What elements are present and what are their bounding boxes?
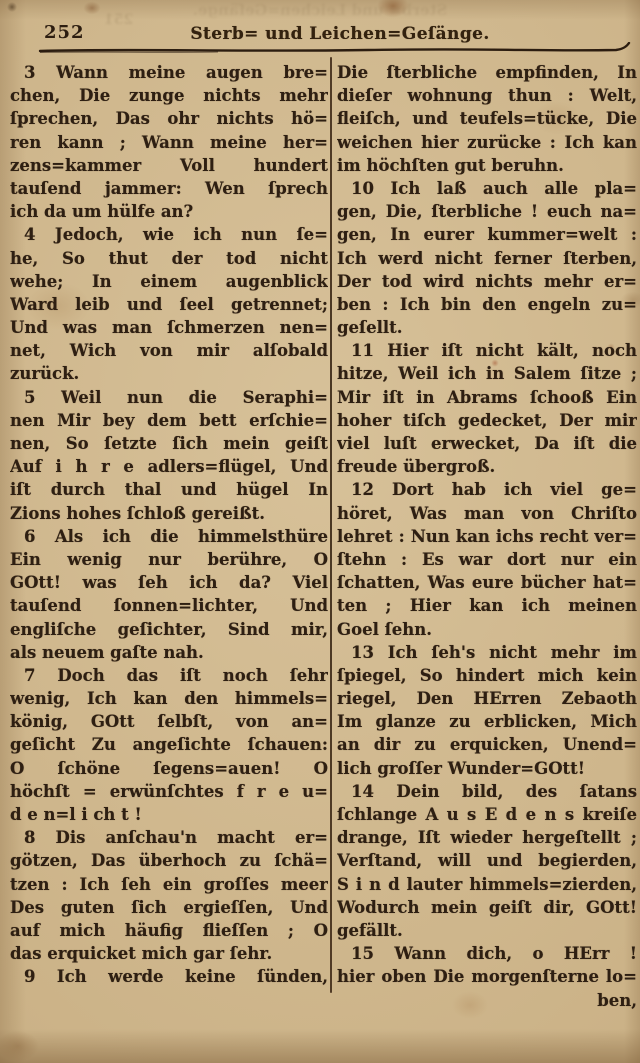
text-line: tzen : Ich ſeh ein groſſes meer — [10, 873, 328, 896]
text-line: Zions hohes ſchloß gereißt. — [10, 502, 328, 525]
text-line: geſellt. — [337, 316, 637, 339]
text-line: an dir zu erquicken, Unend= — [337, 733, 637, 756]
text-line: ſprechen, Das ohr nichts hö= — [10, 107, 328, 130]
column-divider-rule — [330, 57, 332, 993]
text-line: Mir iſt in Abrams ſchooß Ein — [337, 386, 637, 409]
text-line: 6 Als ich die himmelsthüre — [10, 525, 328, 548]
text-line: 4 Jedoch, wie ich nun ſe= — [10, 223, 328, 246]
text-line: he, So thut der tod nicht — [10, 247, 328, 270]
text-line: lich groſſer Wunder=GOtt! — [337, 757, 637, 780]
text-line: gefällt. — [337, 919, 637, 942]
text-line: ich da um hülfe an? — [10, 200, 328, 223]
text-line: 5 Weil nun die Seraphi= — [10, 386, 328, 409]
text-line: götzen, Das überhoch zu ſchä= — [10, 849, 328, 872]
text-line: hitze, Weil ich in Salem ſitze ; — [337, 362, 637, 385]
text-line: Verſtand, will und begierden, — [337, 849, 637, 872]
text-line: 11 Hier iſt nicht kält, noch — [337, 339, 637, 362]
text-line: Goel ſehn. — [337, 618, 637, 641]
text-line: 10 Ich laß auch alle pla= — [337, 177, 637, 200]
text-line: Und was man ſchmerzen nen= — [10, 316, 328, 339]
text-line: auf mich häufig flieſſen ; O — [10, 919, 328, 942]
text-line: ſchatten, Was eure bücher hat= — [337, 571, 637, 594]
text-line: 15 Wann dich, o HErr ! — [337, 942, 637, 965]
text-line: zurück. — [10, 362, 328, 385]
header-rule — [38, 42, 638, 58]
text-line: 7 Doch das iſt noch ſehr — [10, 664, 328, 687]
text-line: freude übergroß. — [337, 455, 637, 478]
text-line: weichen hier zurücke : Ich kan — [337, 131, 637, 154]
text-line: Des guten ſich ergieſſen, Und — [10, 896, 328, 919]
text-line: fleiſch, und teufels=tücke, Die — [337, 107, 637, 130]
left-text-column: 3 Wann meine augen bre=chen, Die zunge n… — [10, 61, 328, 989]
text-line: 9 Ich werde keine ſünden, — [10, 965, 328, 988]
text-line: das erquicket mich gar ſehr. — [10, 942, 328, 965]
text-line: d e n=l i ch t ! — [10, 803, 328, 826]
text-line: höret, Was man von Chriſto — [337, 502, 637, 525]
text-line: als neuem gaſte nah. — [10, 641, 328, 664]
text-line: viel luſt erwecket, Da iſt die — [337, 432, 637, 455]
text-line: zens=kammer Voll hundert — [10, 154, 328, 177]
text-line: ſpiegel, So hindert mich kein — [337, 664, 637, 687]
text-line: iſt durch thal und hügel In — [10, 478, 328, 501]
text-line: wenig, Ich kan den himmels= — [10, 687, 328, 710]
text-line: Wodurch mein geiſt dir, GOtt! — [337, 896, 637, 919]
text-line: 3 Wann meine augen bre= — [10, 61, 328, 84]
text-line: hoher tiſch gedecket, Der mir — [337, 409, 637, 432]
text-line: gen, In eurer kummer=welt : — [337, 223, 637, 246]
text-line: höchſt = erwünſchtes f r e u= — [10, 780, 328, 803]
text-line: O ſchöne ſegens=auen! O — [10, 757, 328, 780]
text-line: Ward leib und ſeel getrennet; — [10, 293, 328, 316]
text-line: ren kann ; Wann meine her= — [10, 131, 328, 154]
text-line: könig, GOtt ſelbſt, von an= — [10, 710, 328, 733]
text-line: 14 Dein bild, des ſatans — [337, 780, 637, 803]
text-line: ſtehn : Es war dort nur ein — [337, 548, 637, 571]
text-line: GOtt! was ſeh ich da? Viel — [10, 571, 328, 594]
text-line: wehe; In einem augenblick — [10, 270, 328, 293]
text-line: engliſche geſichter, Sind mir, — [10, 618, 328, 641]
text-line: hier oben Die morgenſterne lo= — [337, 965, 637, 988]
text-line: nen Mir bey dem bett erſchie= — [10, 409, 328, 432]
text-line: im höchſten gut beruhn. — [337, 154, 637, 177]
text-line: nen, So ſetzte ſich mein geiſt — [10, 432, 328, 455]
text-line: ben, — [337, 989, 637, 1012]
text-line: geſicht Zu angeſichte ſchauen: — [10, 733, 328, 756]
text-line: ten ; Hier kan ich meinen — [337, 594, 637, 617]
text-line: gen, Die, ſterbliche ! euch na= — [337, 200, 637, 223]
text-line: 8 Dis anſchau'n macht er= — [10, 826, 328, 849]
text-line: Auf i h r e adlers=flügel, Und — [10, 455, 328, 478]
text-line: drange, Iſt wieder hergeſtellt ; — [337, 826, 637, 849]
running-header-title: Sterb= und Leichen=Geſänge. — [44, 24, 636, 44]
text-line: ſchlange A u s E d e n s kreiſe — [337, 803, 637, 826]
text-line: 12 Dort hab ich viel ge= — [337, 478, 637, 501]
text-line: chen, Die zunge nichts mehr — [10, 84, 328, 107]
right-text-column: Die ſterbliche empfinden, Indieſer wohnu… — [337, 61, 637, 1012]
text-line: lehret : Nun kan ichs recht ver= — [337, 525, 637, 548]
text-line: tauſend ſonnen=lichter, Und — [10, 594, 328, 617]
text-line: 13 Ich ſeh's nicht mehr im — [337, 641, 637, 664]
text-line: net, Wich von mir alſobald — [10, 339, 328, 362]
text-line: riegel, Den HErren Zebaoth — [337, 687, 637, 710]
showthrough-header-text: Sterb= und Leichen=Geſänge. — [0, 1, 640, 19]
text-line: Die ſterbliche empfinden, In — [337, 61, 637, 84]
text-line: S i n d lauter himmels=zierden, — [337, 873, 637, 896]
text-line: Ich werd nicht ferner ſterben, — [337, 247, 637, 270]
text-line: tauſend jammer: Wen ſprech — [10, 177, 328, 200]
text-line: dieſer wohnung thun : Welt, — [337, 84, 637, 107]
text-line: Im glanze zu erblicken, Mich — [337, 710, 637, 733]
text-line: Der tod wird nichts mehr er= — [337, 270, 637, 293]
text-line: ben : Ich bin den engeln zu= — [337, 293, 637, 316]
text-line: Ein wenig nur berühre, O — [10, 548, 328, 571]
